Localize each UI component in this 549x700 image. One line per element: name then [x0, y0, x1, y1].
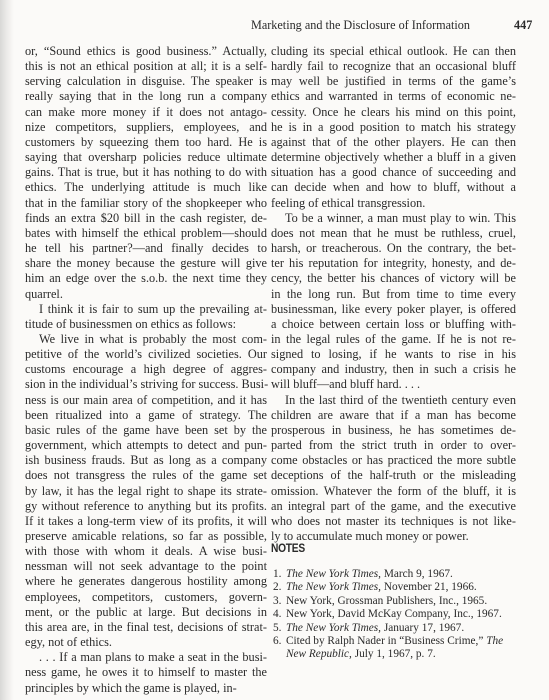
- text-line: will bluff—and bluff hard. . . .: [271, 377, 516, 392]
- text-line: children are aware that if a man has bec…: [271, 408, 516, 423]
- text-line: an integral part of the game, and the ex…: [271, 499, 516, 514]
- text-line: cluding its special ethical outlook. He …: [271, 44, 516, 59]
- note-number: 6.: [273, 635, 281, 648]
- text-line: quarrel.: [25, 287, 267, 302]
- text-line: To be a winner, a man must play to win. …: [271, 211, 516, 226]
- text-line: against that of the other players. He ca…: [271, 135, 516, 150]
- note-source-title: New Republic,: [286, 648, 352, 660]
- note-item: 4.New York, David McKay Company, Inc., 1…: [271, 608, 531, 621]
- text-line: saying that oversharp policies reduce ul…: [25, 150, 267, 165]
- text-line: determine objectively whether a bluff in…: [271, 150, 516, 165]
- note-number: 5.: [273, 622, 281, 635]
- text-line: customs encourage a high degree of aggre…: [25, 362, 267, 377]
- text-line: situation has a good chance of succeedin…: [271, 165, 516, 180]
- text-line: with those with whom it deals. A wise bu…: [25, 544, 267, 559]
- text-line: this is not an ethical position at all; …: [25, 59, 267, 74]
- text-line: nessman will not seek advantage to the p…: [25, 559, 267, 574]
- text-line: feeling of ethical transgression.: [271, 196, 516, 211]
- text-line: nize competitors, suppliers, employees, …: [25, 120, 267, 135]
- text-line: petitive of the world’s civilized societ…: [25, 347, 267, 362]
- text-line: I think it is fair to sum up the prevail…: [25, 302, 267, 317]
- text-line: titude of businessmen on ethics as follo…: [25, 317, 267, 332]
- text-line: parted from the strict truth in order to…: [271, 438, 516, 453]
- note-text: New York, Grossman Publishers, Inc., 196…: [286, 595, 487, 607]
- text-line: share the money because the gesture will…: [25, 256, 267, 271]
- text-line: serving calculation in disguise. The spe…: [25, 74, 267, 89]
- text-line: preserve amicable relations, so far as p…: [25, 529, 267, 544]
- text-line: omission. Whatever the form of the bluff…: [271, 484, 516, 499]
- text-line: ness is our main area of competition, an…: [25, 393, 267, 408]
- text-line: can decide when and how to bluff, withou…: [271, 180, 516, 195]
- text-line: signed to losing, if he wants to rise in…: [271, 347, 516, 362]
- text-line: ethics. The underlying attitude is much …: [25, 180, 267, 195]
- note-source-title: The New York Times,: [286, 581, 381, 593]
- text-line: he tell his partner?—and finally decides…: [25, 241, 267, 256]
- text-line: ly to accumulate much money or power.: [271, 529, 516, 544]
- text-line: him an edge over the s.o.b. the next tim…: [25, 271, 267, 286]
- text-line: come obstacles or has practiced the more…: [271, 453, 516, 468]
- notes-heading: NOTES: [271, 541, 305, 555]
- text-line: government, which attempts to detect and…: [25, 438, 267, 453]
- note-text: November 21, 1966.: [381, 581, 477, 593]
- text-line: in the legal rules of the game. If he is…: [271, 332, 516, 347]
- note-number: 2.: [273, 581, 281, 594]
- note-number: 1.: [273, 568, 281, 581]
- text-line: ness game, he owes it to himself to mast…: [25, 665, 267, 680]
- note-text: Cited by Ralph Nader in “Business Crime,…: [286, 635, 486, 647]
- text-line: in the long run. But from time to time e…: [271, 287, 516, 302]
- text-line: may well be justified in terms of the ga…: [271, 74, 516, 89]
- note-item: 1.The New York Times, March 9, 1967.: [271, 568, 531, 581]
- text-line: ter his reputation for integrity, honest…: [271, 256, 516, 271]
- text-line: businessman, like every poker player, is…: [271, 302, 516, 317]
- right-text-column: cluding its special ethical outlook. He …: [271, 44, 516, 544]
- text-line: cency, the better his chances of victory…: [271, 271, 516, 286]
- text-line: gains. That is true, but it has nothing …: [25, 165, 267, 180]
- text-line: can make more money if it does not antag…: [25, 105, 267, 120]
- text-line: If it takes a long-term view of its prof…: [25, 514, 267, 529]
- text-line: does not transgress the rules of the gam…: [25, 468, 267, 483]
- text-line: company and industry, then in such a cri…: [271, 362, 516, 377]
- note-source-title: The: [486, 635, 503, 647]
- text-line: bates with himself the ethical problem—s…: [25, 226, 267, 241]
- text-line: egy, not of ethics.: [25, 635, 267, 650]
- text-line: where he generates dangerous hostility a…: [25, 574, 267, 589]
- text-line: finds an extra $20 bill in the cash regi…: [25, 211, 267, 226]
- note-number: 3.: [273, 595, 281, 608]
- note-text: January 17, 1967.: [381, 622, 464, 634]
- text-line: cessity. Once he clears his mind on this…: [271, 105, 516, 120]
- text-line: principles by which the game is played, …: [25, 681, 267, 696]
- page-number: 447: [514, 18, 532, 33]
- note-text: March 9, 1967.: [381, 568, 453, 580]
- note-number: 4.: [273, 608, 281, 621]
- note-item: 5.The New York Times, January 17, 1967.: [271, 622, 531, 635]
- text-line: ethics and warranted in terms of economi…: [271, 89, 516, 104]
- text-line: customers by squeezing them too hard. He…: [25, 135, 267, 150]
- left-text-column: or, “Sound ethics is good business.” Act…: [25, 44, 267, 696]
- text-line: harsh, or treacherous. On the contrary, …: [271, 241, 516, 256]
- text-line: basic rules of the game have been set by…: [25, 423, 267, 438]
- text-line: by law, it has the legal right to shape …: [25, 484, 267, 499]
- note-item: 6.Cited by Ralph Nader in “Business Crim…: [271, 635, 531, 662]
- note-item: 3.New York, Grossman Publishers, Inc., 1…: [271, 595, 531, 608]
- note-text: New York, David McKay Company, Inc., 196…: [286, 608, 502, 620]
- note-source-title: The New York Times,: [286, 622, 381, 634]
- text-line: or, “Sound ethics is good business.” Act…: [25, 44, 267, 59]
- text-line: a choice between certain loss or bluffin…: [271, 317, 516, 332]
- text-line: . . . If a man plans to make a seat in t…: [25, 650, 267, 665]
- text-line: deceptions of the half-truth or the misl…: [271, 468, 516, 483]
- note-source-title: The New York Times,: [286, 568, 381, 580]
- text-line: who does not master its techniques is no…: [271, 514, 516, 529]
- text-line: In the last third of the twentieth centu…: [271, 393, 516, 408]
- running-title: Marketing and the Disclosure of Informat…: [251, 18, 470, 33]
- page-gutter-shadow: [0, 0, 14, 700]
- notes-list: 1.The New York Times, March 9, 1967.2.Th…: [271, 568, 531, 662]
- text-line: We live in what is probably the most com…: [25, 332, 267, 347]
- text-line: that in the familiar story of the shopke…: [25, 196, 267, 211]
- text-line: really saying that in the long run a com…: [25, 89, 267, 104]
- text-line: sion in the individual’s striving for su…: [25, 377, 267, 392]
- text-line: ment, or the public at large. But decisi…: [25, 605, 267, 620]
- text-line: hardly fail to recognize that an occasio…: [271, 59, 516, 74]
- text-line: he is in a good position to match his st…: [271, 120, 516, 135]
- text-line: prosperous in business, he has sometimes…: [271, 423, 516, 438]
- note-item: 2.The New York Times, November 21, 1966.: [271, 581, 531, 594]
- text-line: employees, competitors, customers, gover…: [25, 590, 267, 605]
- text-line: this area are, in the final test, decisi…: [25, 620, 267, 635]
- note-text: July 1, 1967, p. 7.: [352, 648, 436, 660]
- text-line: gy without reference to anything but its…: [25, 499, 267, 514]
- text-line: been ritualized into a game of strategy.…: [25, 408, 267, 423]
- text-line: does not mean that he must be ruthless, …: [271, 226, 516, 241]
- text-line: ish business frauds. But as long as a co…: [25, 453, 267, 468]
